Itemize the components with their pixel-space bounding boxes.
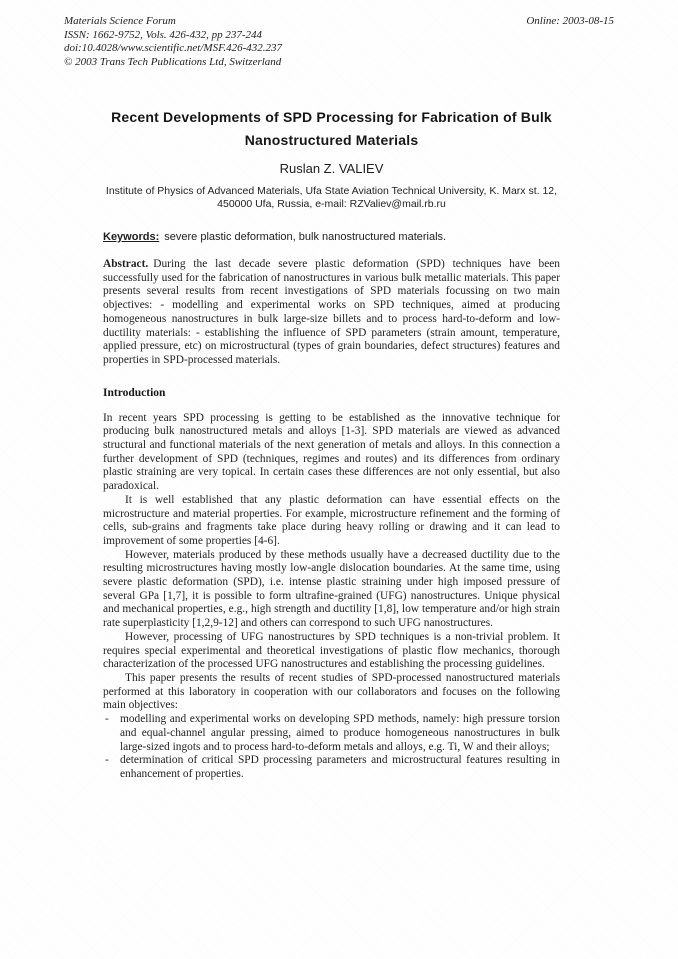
objectives-list: - modelling and experimental works on de… xyxy=(103,713,560,782)
keywords-text: severe plastic deformation, bulk nanostr… xyxy=(164,231,446,243)
objective-1-text: modelling and experimental works on deve… xyxy=(120,713,560,752)
list-item: - modelling and experimental works on de… xyxy=(103,713,560,754)
intro-paragraph-4: However, processing of UFG nanostructure… xyxy=(103,631,560,672)
affiliation-line-2: 450000 Ufa, Russia, e-mail: RZValiev@mai… xyxy=(103,198,560,211)
article-title-line-2: Nanostructured Materials xyxy=(103,129,560,152)
objective-2-text: determination of critical SPD processing… xyxy=(120,754,560,780)
abstract-paragraph: Abstract.During the last decade severe p… xyxy=(103,258,560,368)
intro-paragraph-5: This paper presents the results of recen… xyxy=(103,672,560,713)
article-title-line-1: Recent Developments of SPD Processing fo… xyxy=(103,106,560,129)
affiliation-line-1: Institute of Physics of Advanced Materia… xyxy=(103,185,560,198)
affiliation: Institute of Physics of Advanced Materia… xyxy=(103,185,560,211)
intro-paragraph-1: In recent years SPD processing is gettin… xyxy=(103,412,560,494)
article-title: Recent Developments of SPD Processing fo… xyxy=(103,106,560,152)
list-item: - determination of critical SPD processi… xyxy=(103,754,560,781)
keywords-label: Keywords: xyxy=(103,231,159,243)
bullet-marker: - xyxy=(105,754,109,768)
keywords-line: Keywords:severe plastic deformation, bul… xyxy=(103,230,560,244)
bullet-marker: - xyxy=(105,713,109,727)
intro-paragraph-3: However, materials produced by these met… xyxy=(103,549,560,631)
paper-page: Materials Science Forum ISSN: 1662-9752,… xyxy=(0,0,678,959)
abstract-label: Abstract. xyxy=(103,258,148,270)
intro-paragraph-2: It is well established that any plastic … xyxy=(103,494,560,549)
article-body: Recent Developments of SPD Processing fo… xyxy=(103,0,560,782)
section-heading-introduction: Introduction xyxy=(103,386,560,400)
abstract-text: During the last decade severe plastic de… xyxy=(103,258,560,366)
author-name: Ruslan Z. VALIEV xyxy=(103,161,560,177)
